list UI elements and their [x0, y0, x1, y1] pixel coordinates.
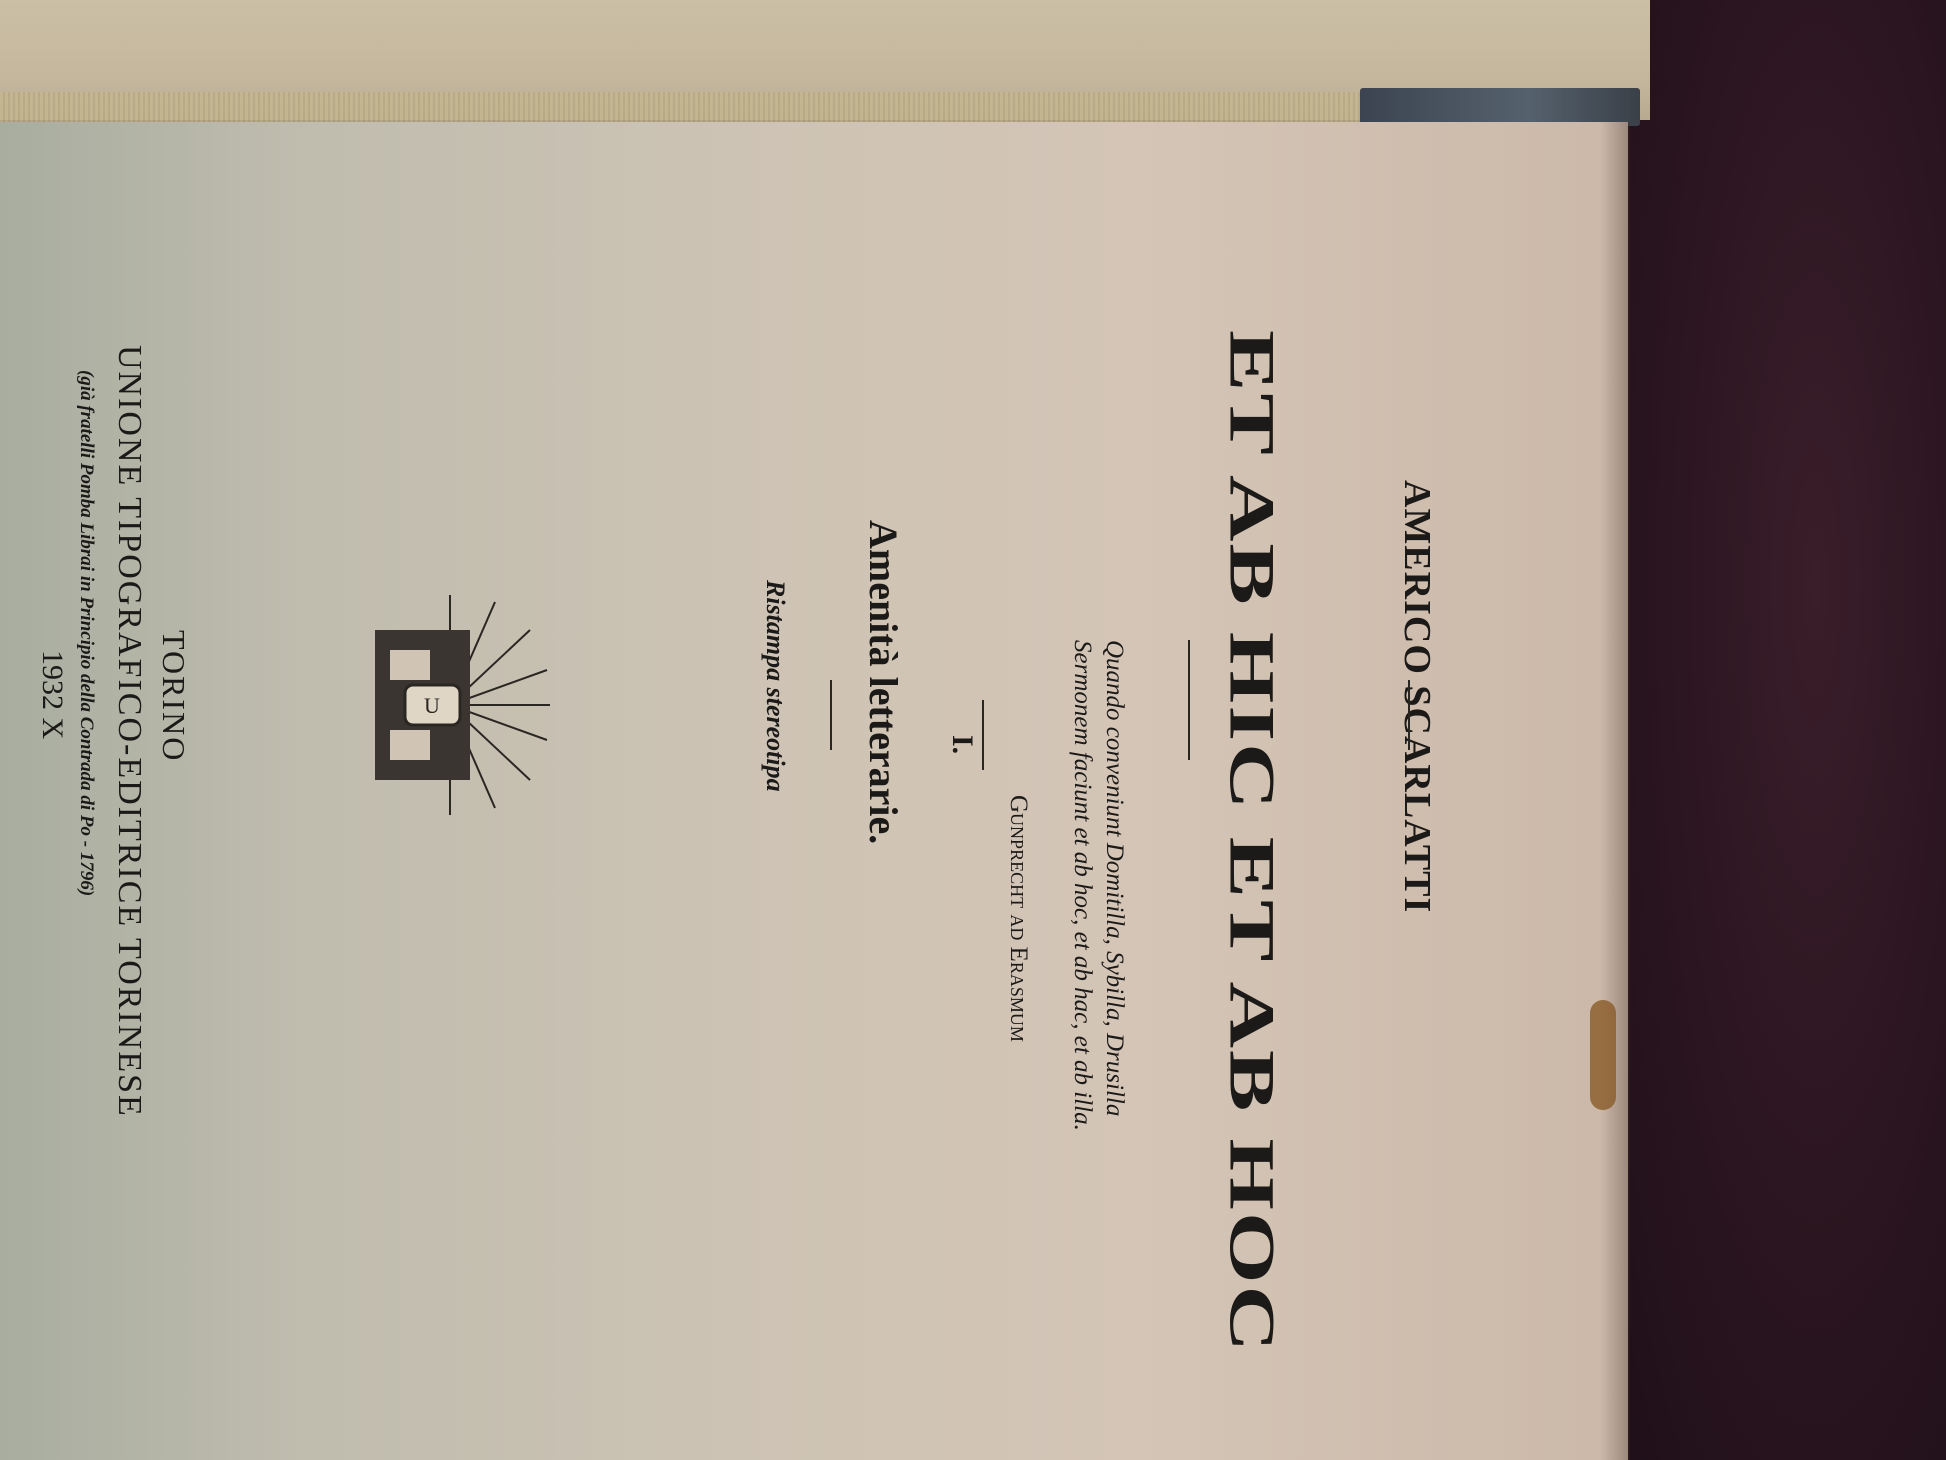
page-edge [1600, 122, 1630, 1460]
background-cloth [1620, 0, 1946, 1460]
publisher-emblem-icon: U [345, 590, 555, 820]
epigraph-attribution: Gunprecht ad Erasmum [1004, 795, 1032, 1042]
epigraph-line-2: Sermonem faciunt et ab hoc, et ab hac, e… [1068, 640, 1096, 1131]
volume-number: I. [945, 735, 979, 754]
author-name: AMERICO SCARLATTI [1395, 480, 1439, 913]
publisher-note: (già fratelli Pomba Librai in Principio … [75, 370, 97, 896]
divider-rule [1408, 680, 1410, 750]
thumb-holding-page [1590, 1000, 1616, 1110]
edition-note: Ristampa stereotipa [760, 580, 790, 792]
cover-edge [1360, 88, 1640, 126]
book-title: ET AB HIC ET AB HOC [1215, 330, 1289, 1354]
publication-year: 1932 X [35, 650, 69, 739]
divider-rule [830, 680, 832, 750]
binding-tape [0, 92, 1370, 122]
divider-rule [1188, 640, 1190, 760]
series-title: Amenità letterarie. [860, 520, 907, 844]
publisher-name: UNIONE TIPOGRAFICO-EDITRICE TORINESE [110, 345, 148, 1118]
divider-rule [982, 700, 984, 770]
epigraph-line-1: Quando conveniunt Domitilla, Sybilla, Dr… [1100, 640, 1128, 1116]
publisher-city: TORINO [155, 630, 192, 762]
title-page [0, 122, 1628, 1460]
svg-text:U: U [424, 693, 440, 718]
